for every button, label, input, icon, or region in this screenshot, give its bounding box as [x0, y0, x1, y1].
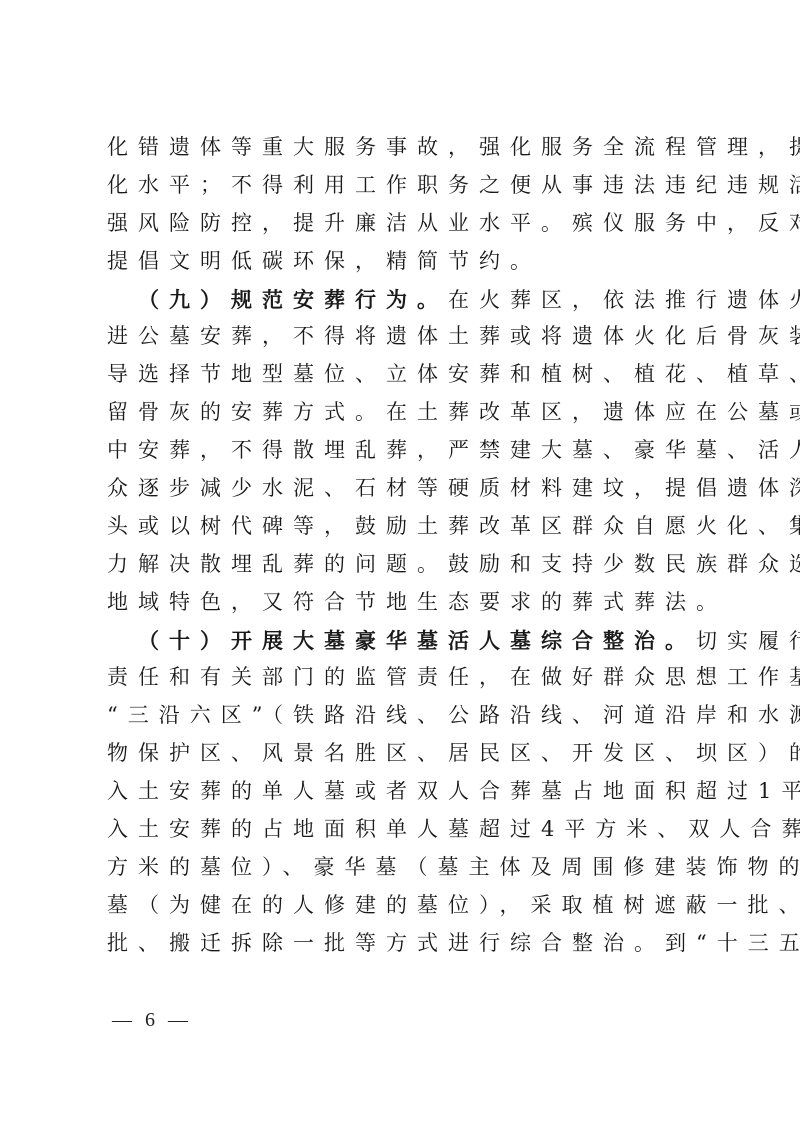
text-line: 众逐步减少水泥、石材等硬质材料建坟，提倡遗体深埋、不留坟	[107, 470, 699, 508]
text-line: 导选择节地型墓位、立体安葬和植树、植花、植草、撒散等不保	[107, 356, 699, 394]
section-heading: （十）开展大墓豪华墓活人墓综合整治。	[138, 628, 696, 653]
text-line: 物保护区、风景名胜区、居民区、开发区、坝区）的大墓（骨灰	[107, 735, 699, 773]
text-line: 中安葬，不得散埋乱葬，严禁建大墓、豪华墓、活人墓，引导群	[107, 432, 699, 470]
text-line: 力解决散埋乱葬的问题。鼓励和支持少数民族群众选择既有民族	[107, 546, 699, 584]
text-line: 留骨灰的安葬方式。在土葬改革区，遗体应在公墓或规定区域集	[107, 394, 699, 432]
text-line: 化水平；不得利用工作职务之便从事违法违纪违规活动，全面加	[107, 167, 699, 205]
text-line: 入土安葬的单人墓或者双人合葬墓占地面积超过1平方米；遗体	[107, 773, 699, 811]
text-line: 提倡文明低碳环保，精简节约。	[107, 243, 699, 281]
text-line: 墓（为健在的人修建的墓位），采取植树遮蔽一批、生态改造一	[107, 887, 699, 925]
page-number: — 6 —	[112, 1008, 192, 1032]
text-line: 入土安葬的占地面积单人墓超过4平方米、双人合葬墓超过6平	[107, 811, 699, 849]
text-line: 地域特色，又符合节地生态要求的葬式葬法。	[107, 584, 699, 622]
text-line: “三沿六区”（铁路沿线、公路沿线、河道沿岸和水源保护区、文	[107, 697, 699, 735]
section-nine-first-line: （九）规范安葬行为。在火葬区，依法推行遗体火化、骨灰	[107, 281, 699, 319]
document-page: 化错遗体等重大服务事故，强化服务全流程管理，提升服务规范 化水平；不得利用工作职…	[0, 0, 800, 1131]
section-ten-first-line: （十）开展大墓豪华墓活人墓综合整治。切实履行政府领导	[107, 622, 699, 660]
text-line: 责任和有关部门的监管责任，在做好群众思想工作基础上，对	[107, 659, 699, 697]
text-line: 化错遗体等重大服务事故，强化服务全流程管理，提升服务规范	[107, 129, 699, 167]
text-run: 在火葬区，依法推行遗体火化、骨灰	[448, 288, 800, 312]
text-line: 方米的墓位）、豪华墓（墓主体及周围修建装饰物的墓位）、活人	[107, 849, 699, 887]
section-heading: （九）规范安葬行为。	[138, 287, 448, 312]
text-line: 进公墓安葬，不得将遗体土葬或将遗体火化后骨灰装棺再葬，倡	[107, 318, 699, 356]
text-line: 头或以树代碑等，鼓励土葬改革区群众自愿火化、集中安葬，着	[107, 508, 699, 546]
text-line: 强风险防控，提升廉洁从业水平。殡仪服务中，反对奢侈浪费，	[107, 205, 699, 243]
text-line: 批、搬迁拆除一批等方式进行综合整治。到“十三五”末，活人	[107, 925, 699, 963]
body-text: 化错遗体等重大服务事故，强化服务全流程管理，提升服务规范 化水平；不得利用工作职…	[107, 129, 699, 963]
text-run: 切实履行政府领导	[696, 629, 800, 653]
